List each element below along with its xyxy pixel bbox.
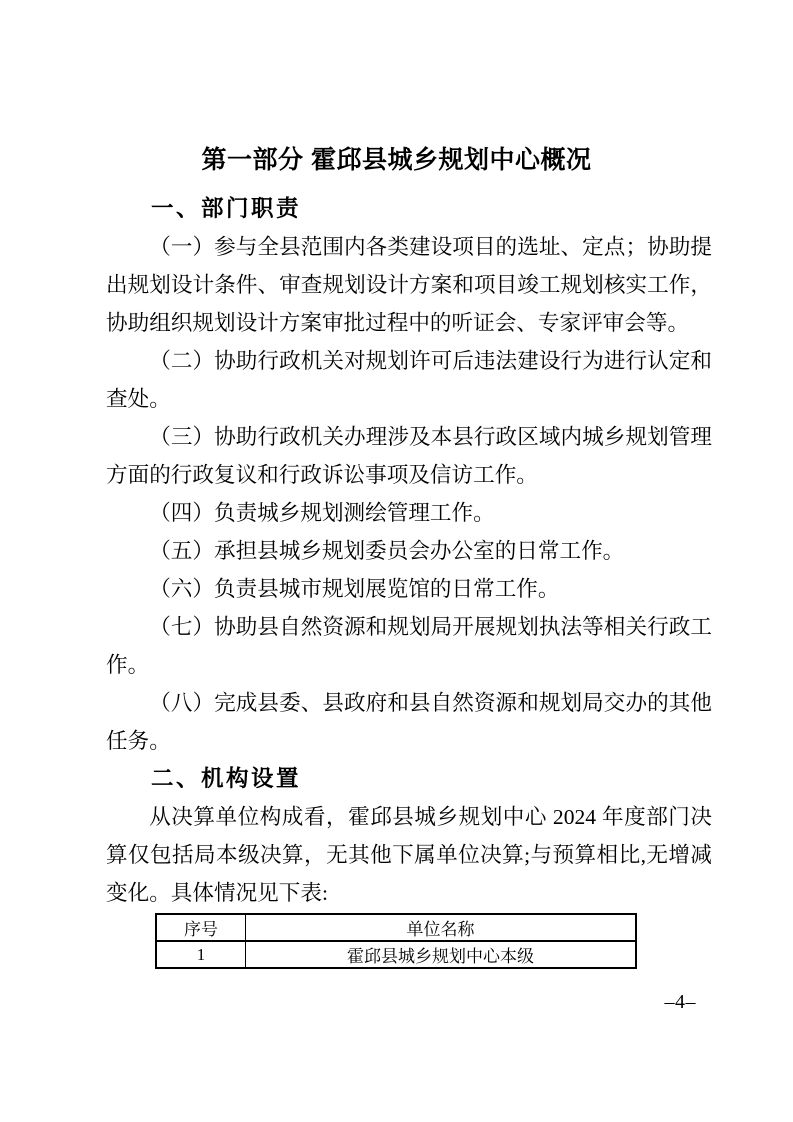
table-row: 1 霍邱县城乡规划中心本级	[156, 941, 636, 968]
paragraph-duty-6: （六）负责县城市规划展览馆的日常工作。	[106, 570, 712, 608]
document-page: 第一部分 霍邱县城乡规划中心概况 一、部门职责 （一）参与全县范围内各类建设项目…	[0, 0, 793, 1122]
cell-index: 1	[156, 941, 246, 968]
document-title: 第一部分 霍邱县城乡规划中心概况	[0, 142, 793, 178]
column-header-index: 序号	[156, 914, 246, 941]
paragraph-duty-8: （八）完成县委、县政府和县自然资源和规划局交办的其他任务。	[106, 684, 712, 760]
paragraph-duty-1: （一）参与全县范围内各类建设项目的选址、定点；协助提出规划设计条件、审查规划设计…	[106, 228, 712, 342]
page-number: –4–	[665, 988, 697, 1016]
paragraph-duty-7: （七）协助县自然资源和规划局开展规划执法等相关行政工作。	[106, 608, 712, 684]
table-header-row: 序号 单位名称	[156, 914, 636, 941]
paragraph-duty-4: （四）负责城乡规划测绘管理工作。	[106, 494, 712, 532]
paragraph-duty-3: （三）协助行政机关办理涉及本县行政区域内城乡规划管理方面的行政复议和行政诉讼事项…	[106, 418, 712, 494]
section-heading-organization: 二、机构设置	[106, 760, 712, 798]
column-header-unit-name: 单位名称	[246, 914, 637, 941]
paragraph-duty-2: （二）协助行政机关对规划许可后违法建设行为进行认定和查处。	[106, 342, 712, 418]
section-heading-duties: 一、部门职责	[106, 190, 712, 228]
paragraph-organization-overview: 从决算单位构成看，霍邱县城乡规划中心 2024 年度部门决算仅包括局本级决算，无…	[106, 798, 712, 912]
document-body: 一、部门职责 （一）参与全县范围内各类建设项目的选址、定点；协助提出规划设计条件…	[106, 178, 712, 969]
unit-list-table: 序号 单位名称 1 霍邱县城乡规划中心本级	[155, 913, 637, 969]
paragraph-duty-5: （五）承担县城乡规划委员会办公室的日常工作。	[106, 532, 712, 570]
cell-unit-name: 霍邱县城乡规划中心本级	[246, 941, 637, 968]
